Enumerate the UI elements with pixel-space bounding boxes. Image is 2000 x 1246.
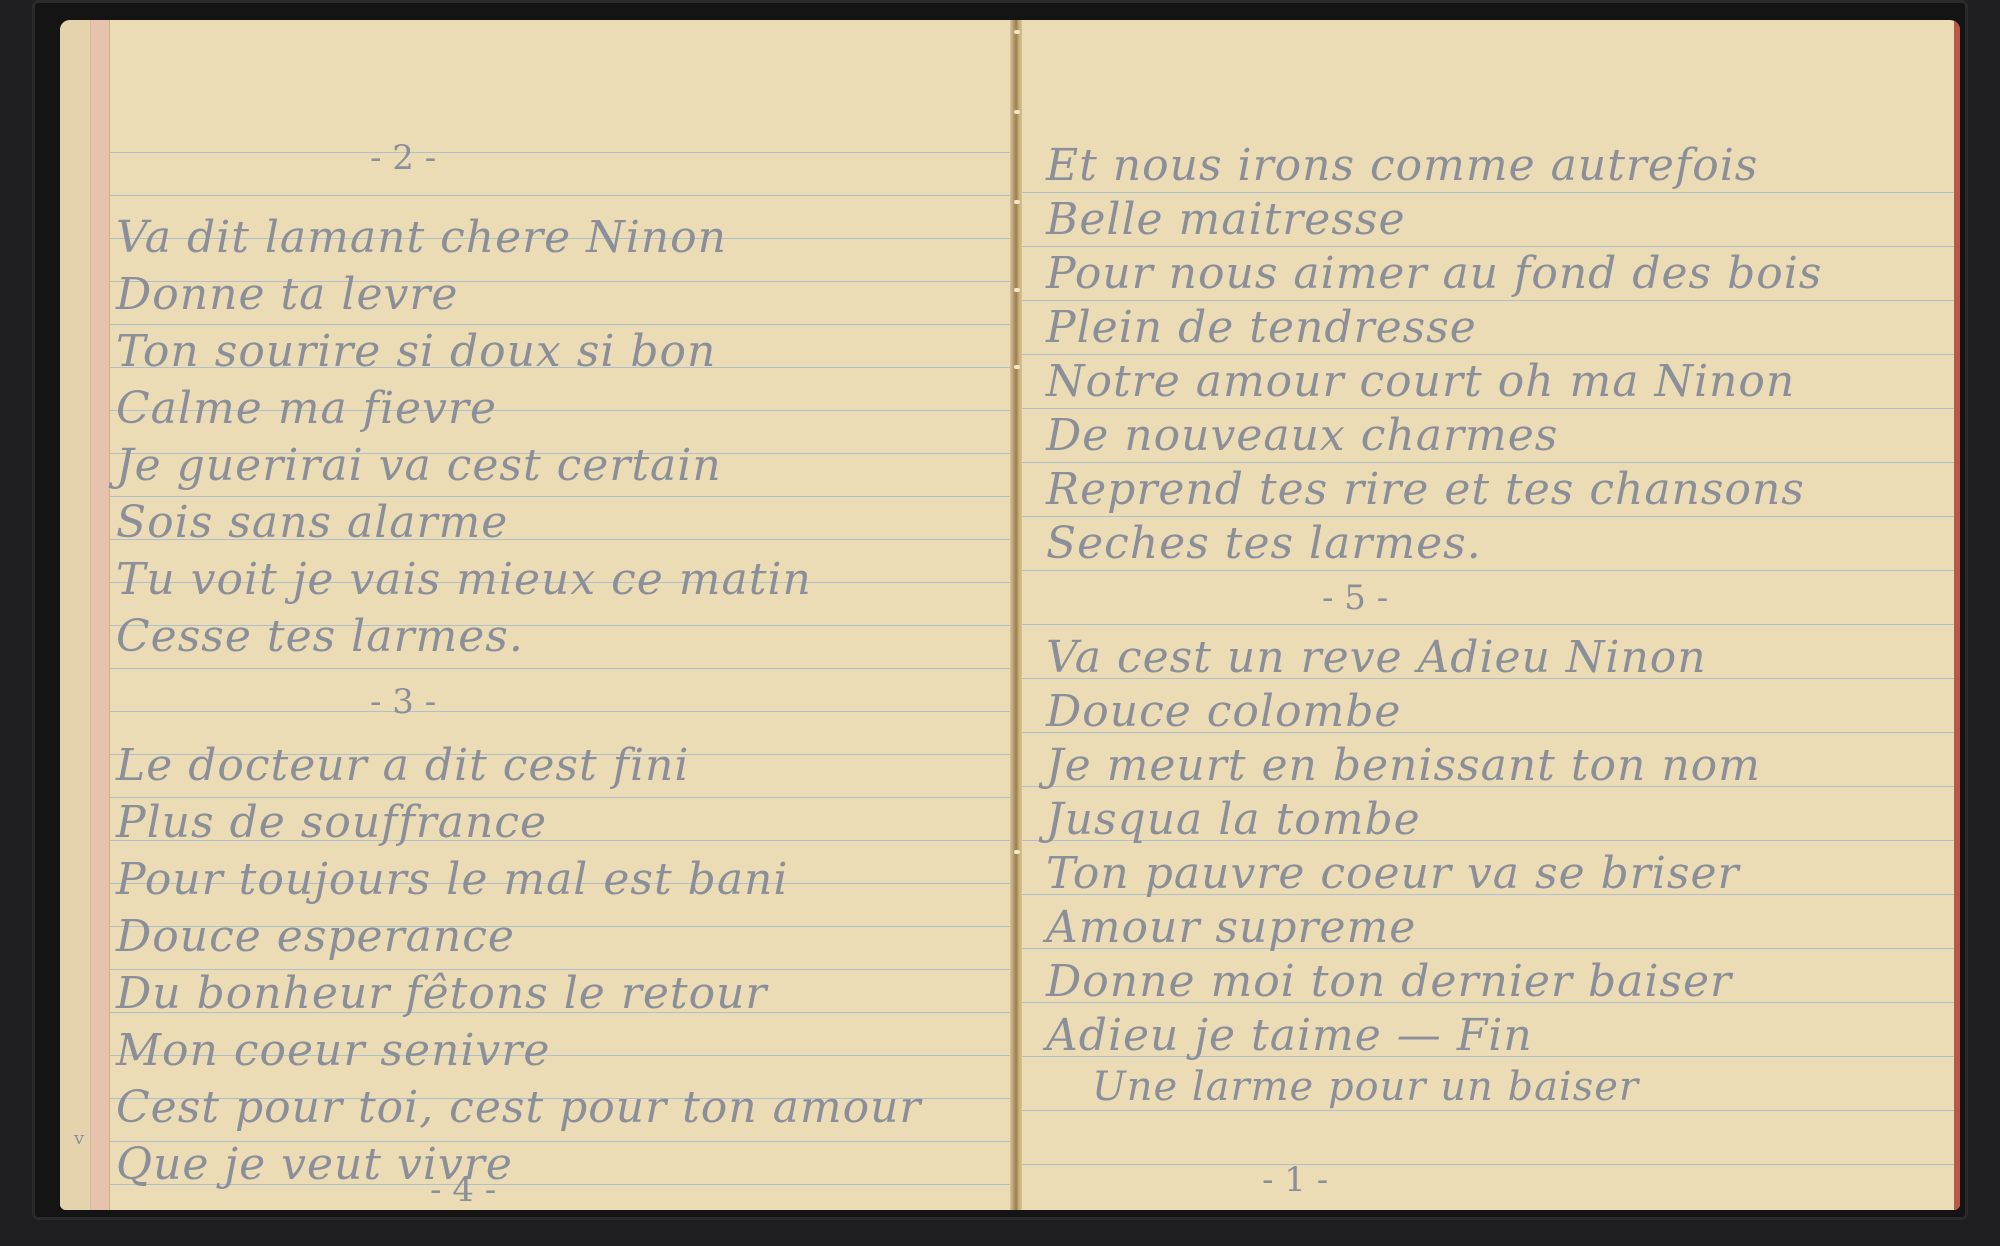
verse-line: De nouveaux charmes <box>1046 410 1558 461</box>
verse-line: Je meurt en benissant ton nom <box>1046 740 1761 791</box>
verse-line: Calme ma fievre <box>116 383 497 434</box>
binding-stitch <box>1014 288 1020 292</box>
verse-line: Donne ta levre <box>116 269 458 320</box>
verse-line: Je guerirai va cest certain <box>116 440 722 491</box>
verse-line: Du bonheur fêtons le retour <box>116 968 767 1019</box>
rule-line <box>110 668 1020 669</box>
rule-line <box>110 711 1020 712</box>
verse-line: Va cest un reve Adieu Ninon <box>1046 632 1707 683</box>
rule-line <box>1022 192 1954 193</box>
right-page: Et nous irons comme autrefois Belle mait… <box>1022 20 1960 1210</box>
verse-line: Et nous irons comme autrefois <box>1046 140 1758 191</box>
verse-line: Notre amour court oh ma Ninon <box>1046 356 1795 407</box>
verse-line: Adieu je taime — Fin <box>1046 1010 1533 1061</box>
rule-line <box>1022 624 1954 625</box>
rule-line <box>110 195 1020 196</box>
song-title-line: Une larme pour un baiser <box>1092 1064 1639 1110</box>
verse-line: Donne moi ton dernier baiser <box>1046 956 1732 1007</box>
margin-mark: v <box>74 1128 84 1149</box>
page-footer-number: - 4 - <box>430 1170 496 1210</box>
section-number-3: - 3 - <box>370 682 436 722</box>
page-edge-red <box>1954 20 1960 1210</box>
rule-line <box>1022 1164 1954 1165</box>
verse-line: Plus de souffrance <box>116 797 547 848</box>
binding-stitch <box>1014 200 1020 204</box>
verse-line: Pour toujours le mal est bani <box>116 854 788 905</box>
page-edge-stack <box>90 20 110 1210</box>
rule-line <box>1022 462 1954 463</box>
rule-line <box>1022 1110 1954 1111</box>
section-number-5: - 5 - <box>1322 578 1388 618</box>
rule-line <box>1022 354 1954 355</box>
left-page: - 2 - Va dit lamant chere Ninon Donne ta… <box>60 20 1020 1210</box>
rule-line <box>1022 516 1954 517</box>
binding-stitch <box>1014 110 1020 114</box>
verse-line: Cest pour toi, cest pour ton amour <box>116 1082 921 1133</box>
verse-line: Le docteur a dit cest fini <box>116 740 689 791</box>
rule-line <box>1022 408 1954 409</box>
verse-line: Amour supreme <box>1046 902 1416 953</box>
verse-line: Ton sourire si doux si bon <box>116 326 716 377</box>
verse-line: Ton pauvre coeur va se briser <box>1046 848 1740 899</box>
verse-line: Tu voit je vais mieux ce matin <box>116 554 812 605</box>
verse-line: Plein de tendresse <box>1046 302 1477 353</box>
binding-stitch <box>1014 850 1020 854</box>
rule-line <box>1022 246 1954 247</box>
verse-line: Sois sans alarme <box>116 497 508 548</box>
verse-line: Cesse tes larmes. <box>116 611 524 662</box>
verse-line: Douce esperance <box>116 911 515 962</box>
verse-line: Seches tes larmes. <box>1046 518 1482 569</box>
verse-line: Va dit lamant chere Ninon <box>116 212 727 263</box>
binding-stitch <box>1014 30 1020 34</box>
rule-line <box>110 152 1020 153</box>
section-number-2: - 2 - <box>370 138 436 178</box>
left-page-underlay <box>60 20 90 1210</box>
verse-line: Jusqua la tombe <box>1046 794 1421 845</box>
verse-line: Douce colombe <box>1046 686 1401 737</box>
verse-line: Mon coeur senivre <box>116 1025 550 1076</box>
verse-line: Belle maitresse <box>1046 194 1406 245</box>
binding-stitch <box>1014 365 1020 369</box>
verse-line: Pour nous aimer au fond des bois <box>1046 248 1822 299</box>
rule-line <box>1022 300 1954 301</box>
rule-line <box>1022 570 1954 571</box>
page-footer-number: - 1 - <box>1262 1160 1328 1200</box>
rule-line <box>110 324 1020 325</box>
verse-line: Reprend tes rire et tes chansons <box>1046 464 1805 515</box>
